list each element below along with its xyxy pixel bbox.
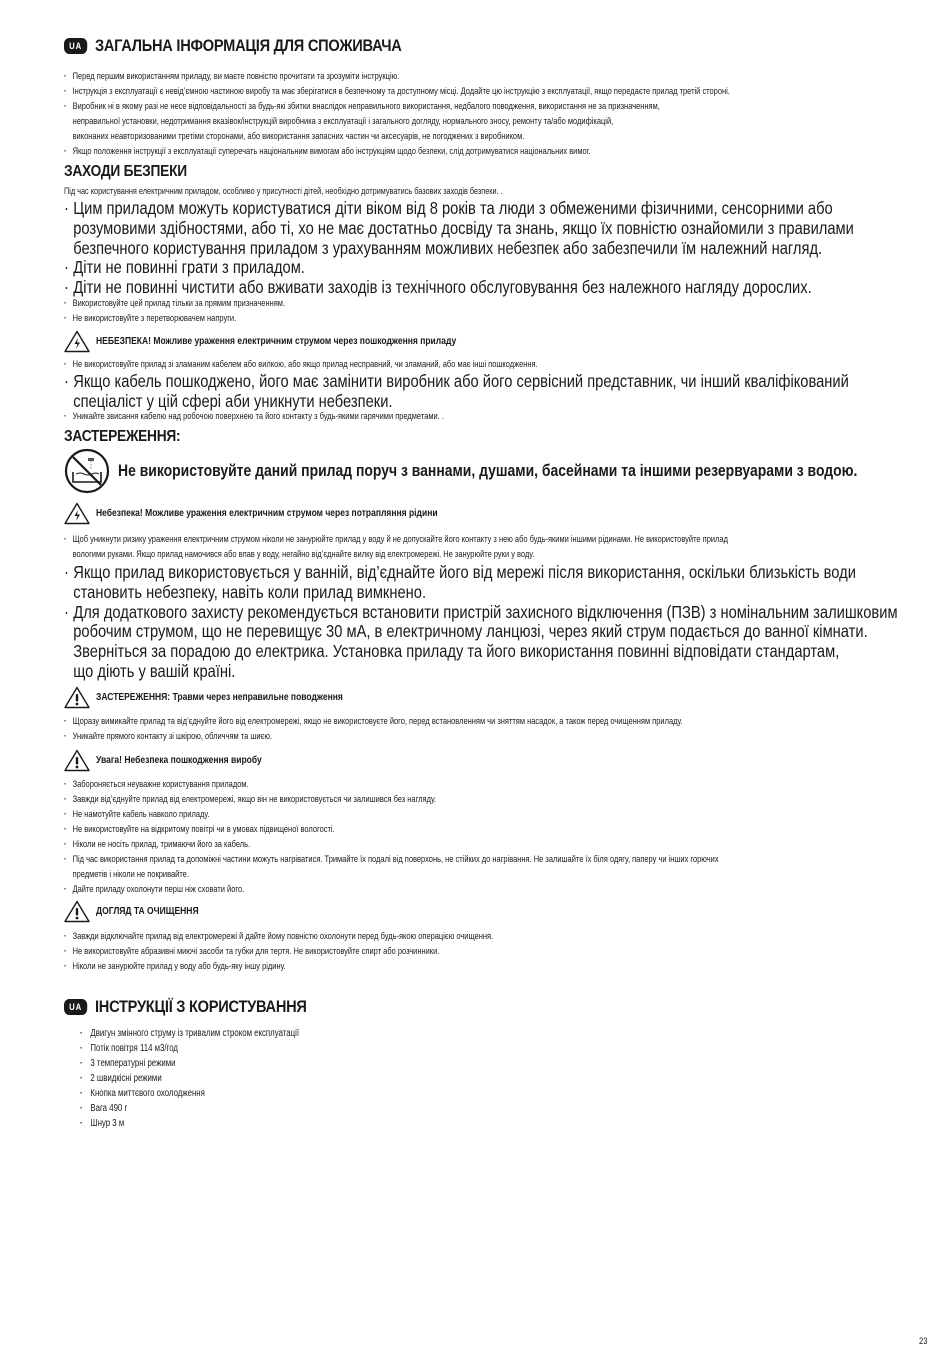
list-item: Не використовуйте абразивні миючі засоби… bbox=[64, 944, 938, 959]
warning-triangle-icon bbox=[64, 749, 90, 772]
list-item: Діти не повинні грати з приладом. bbox=[64, 258, 904, 278]
spec-item: Потік повітря 114 м3/год bbox=[80, 1041, 400, 1056]
language-badge: UA bbox=[64, 999, 87, 1015]
danger-damage-label: НЕБЕЗПЕКА! Можливе ураження електричним … bbox=[96, 336, 456, 347]
care-list: Завжди відключайте прилад від електромер… bbox=[64, 929, 944, 974]
list-item: Діти не повинні чистити або вживати захо… bbox=[64, 278, 904, 298]
warnings-heading: ЗАСТЕРЕЖЕННЯ: bbox=[64, 428, 180, 446]
danger-liquid-header: Небезпека! Можливе ураження електричним … bbox=[64, 502, 513, 525]
list-item: Ніколи не занурюйте прилад у воду або бу… bbox=[64, 959, 938, 974]
warning-triangle-icon bbox=[64, 686, 90, 709]
spec-item: Вага 490 г bbox=[80, 1101, 400, 1116]
caution-injury-list: Щоразу вимикайте прилад та від’єднуйте й… bbox=[64, 714, 944, 744]
list-item: Для додаткового захисту рекомендується в… bbox=[64, 603, 904, 682]
safety-intro: Під час користування електричним приладо… bbox=[64, 185, 503, 197]
general-info-list: Перед першим використанням приладу, ви м… bbox=[64, 69, 944, 159]
list-item: Завжди відключайте прилад від електромер… bbox=[64, 929, 938, 944]
electric-hazard-icon bbox=[64, 330, 90, 353]
caution-injury-label: ЗАСТЕРЕЖЕННЯ: Травми через неправильне п… bbox=[96, 692, 343, 703]
danger-liquid-main-list: Якщо прилад використовується у ванній, в… bbox=[64, 563, 950, 682]
caution-injury-header: ЗАСТЕРЕЖЕННЯ: Травми через неправильне п… bbox=[64, 686, 397, 709]
attention-damage-header: Увага! Небезпека пошкодження виробу bbox=[64, 749, 298, 772]
list-item: Якщо кабель пошкоджено, його має замінит… bbox=[64, 372, 904, 412]
spec-item: Двигун змінного струму із тривалим строк… bbox=[80, 1026, 400, 1041]
attention-damage-list: Забороняється неуважне користування прил… bbox=[64, 777, 944, 897]
general-info-heading: UA ЗАГАЛЬНА ІНФОРМАЦІЯ ДЛЯ СПОЖИВАЧА bbox=[64, 36, 402, 56]
danger-damage-main-list: Якщо кабель пошкоджено, його має замінит… bbox=[64, 372, 950, 412]
list-item: Не використовуйте прилад зі зламаним каб… bbox=[64, 357, 938, 372]
no-bath-text: Не використовуйте даний прилад поруч з в… bbox=[118, 461, 857, 481]
list-item: Не використовуйте з перетворювачем напру… bbox=[64, 311, 938, 326]
list-item: Інструкція з експлуатації є невід’ємною … bbox=[64, 84, 938, 99]
instructions-title: ІНСТРУКЦІЇ З КОРИСТУВАННЯ bbox=[95, 997, 307, 1017]
spec-item: 3 температурні режими bbox=[80, 1056, 400, 1071]
list-item: Щоразу вимикайте прилад та від’єднуйте й… bbox=[64, 714, 938, 729]
no-bath-warning: Не використовуйте даний прилад поруч з в… bbox=[64, 448, 950, 494]
language-badge: UA bbox=[64, 38, 87, 54]
spec-item: 2 швидкісні режими bbox=[80, 1071, 400, 1086]
danger-liquid-label: Небезпека! Можливе ураження електричним … bbox=[96, 508, 438, 519]
list-item: Забороняється неуважне користування прил… bbox=[64, 777, 938, 792]
list-item: Якщо прилад використовується у ванній, в… bbox=[64, 563, 904, 603]
specs-list: Двигун змінного струму із тривалим строк… bbox=[80, 1026, 480, 1131]
list-item: Завжди від’єднуйте прилад від електромер… bbox=[64, 792, 938, 807]
danger-liquid-list: Щоб уникнути ризику ураження електричним… bbox=[64, 532, 944, 562]
spec-item: Кнопка миттєвого охолодження bbox=[80, 1086, 400, 1101]
general-info-title: ЗАГАЛЬНА ІНФОРМАЦІЯ ДЛЯ СПОЖИВАЧА bbox=[95, 36, 402, 56]
list-item: Уникайте прямого контакту зі шкірою, обл… bbox=[64, 729, 938, 744]
danger-damage-header: НЕБЕЗПЕКА! Можливе ураження електричним … bbox=[64, 330, 535, 353]
list-item: Дайте приладу охолонути перш ніж сховати… bbox=[64, 882, 938, 897]
safety-heading: ЗАХОДИ БЕЗПЕКИ bbox=[64, 163, 187, 181]
list-item: Виробник ні в якому разі не несе відпові… bbox=[64, 99, 938, 144]
list-item: Перед першим використанням приладу, ви м… bbox=[64, 69, 938, 84]
electric-hazard-icon bbox=[64, 502, 90, 525]
attention-damage-label: Увага! Небезпека пошкодження виробу bbox=[96, 755, 262, 766]
care-label: ДОГЛЯД ТА ОЧИЩЕННЯ bbox=[96, 906, 199, 917]
instructions-heading: UA ІНСТРУКЦІЇ З КОРИСТУВАННЯ bbox=[64, 997, 307, 1017]
no-bath-icon bbox=[64, 448, 110, 494]
list-item: Цим приладом можуть користуватися діти в… bbox=[64, 199, 904, 258]
safety-main-list: Цим приладом можуть користуватися діти в… bbox=[64, 199, 950, 298]
manual-page: UA ЗАГАЛЬНА ІНФОРМАЦІЯ ДЛЯ СПОЖИВАЧА Пер… bbox=[0, 0, 950, 1360]
spec-item: Шнур 3 м bbox=[80, 1116, 400, 1131]
list-item: Щоб уникнути ризику ураження електричним… bbox=[64, 532, 938, 562]
care-header: ДОГЛЯД ТА ОЧИЩЕННЯ bbox=[64, 900, 221, 923]
list-item: Використовуйте цей прилад тільки за прям… bbox=[64, 296, 938, 311]
list-item: Якщо положення інструкції з експлуатації… bbox=[64, 144, 938, 159]
list-item: Ніколи не носіть прилад, тримаючи його з… bbox=[64, 837, 938, 852]
page-number: 23 bbox=[919, 1336, 928, 1346]
list-item: Уникайте звисання кабелю над робочою пов… bbox=[64, 409, 938, 424]
danger-damage-list-1: Не використовуйте прилад зі зламаним каб… bbox=[64, 357, 944, 372]
warning-triangle-icon bbox=[64, 900, 90, 923]
safety-small-list: Використовуйте цей прилад тільки за прям… bbox=[64, 296, 944, 326]
list-item: Під час використання прилад та допоміжні… bbox=[64, 852, 938, 882]
list-item: Не намотуйте кабель навколо приладу. bbox=[64, 807, 938, 822]
danger-damage-list-2: Уникайте звисання кабелю над робочою пов… bbox=[64, 409, 944, 424]
list-item: Не використовуйте на відкритому повітрі … bbox=[64, 822, 938, 837]
